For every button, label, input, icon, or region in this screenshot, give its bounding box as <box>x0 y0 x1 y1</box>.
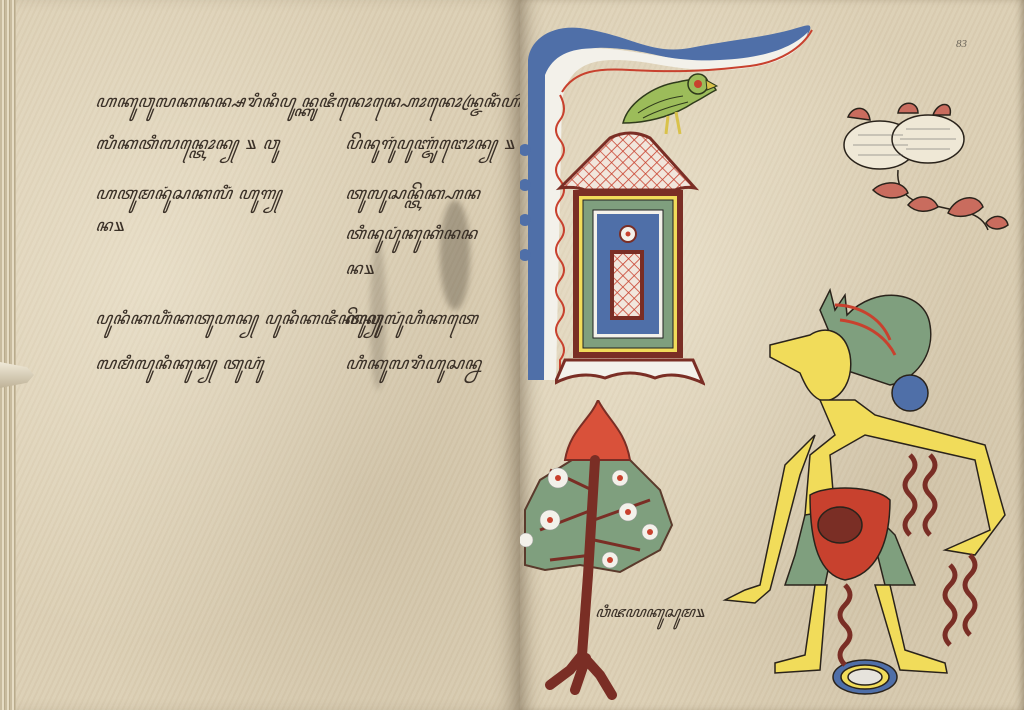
script-line: ꦭꦩꦶꦭꦸꦤꦶꦏꦸꦤ꧀ ꦠꦸꦲꦸꦁ <box>93 350 266 385</box>
script-line: ꦥꦸꦤꦶꦏꦲꦶꦁꦏꦠꦸꦲꦤ꧀ ꦥꦸꦤꦶꦏꦗꦶꦏꦼꦤ꧀ <box>93 305 385 340</box>
script-line: ꦲꦠꦸꦩꦤꦸꦁꦱꦏꦭꦶꦁ ꦲꦸꦒ꧀ <box>93 180 285 215</box>
clouds-with-vine-illustration <box>838 95 1013 240</box>
script-line: ꦠꦶꦤꦸꦥꦸꦁꦏꦸꦏꦶꦤꦤ <box>343 220 480 255</box>
script-line: ꦠꦸꦭꦸꦱꦤ꧀ꦠꦼꦏ꧀ꦲꦤ <box>343 180 483 215</box>
page-number: 83 <box>956 38 967 50</box>
script-line: ꦠꦸꦮꦸꦭꦸꦁꦲꦶꦏꦠꦺ <box>343 305 480 340</box>
script-line: ꦤ꧉ <box>343 255 377 290</box>
script-line: ꦲꦏꦸꦮꦸꦭꦏꦤꦤ꧀ꦱꦫꦶꦤꦶꦥꦸꦤ꧀ꦏꦸꦗꦶꦤꦺꦴꦤ꧀ꦲꦺꦴꦤꦺꦴꦤ꧀ꦗꦿꦤꦶ… <box>93 88 524 123</box>
script-line: ꦤ꧉ <box>93 212 127 247</box>
book-binding-edge <box>0 0 16 710</box>
left-page: ꦲꦏꦸꦮꦸꦭꦏꦤꦤ꧀ꦱꦫꦶꦤꦶꦥꦸꦤ꧀ꦏꦸꦗꦶꦤꦺꦴꦤ꧀ꦲꦺꦴꦤꦺꦴꦤ꧀ꦗꦿꦤꦶ… <box>0 0 520 710</box>
binding-tab <box>0 362 34 388</box>
ink-stain <box>440 200 470 310</box>
script-line: ꦲꦶꦏꦸꦭꦫꦶꦲꦸꦱꦤ꧀ꦤ <box>343 350 484 385</box>
wayang-figure-illustration <box>715 285 1020 700</box>
flowering-tree-illustration <box>520 400 680 700</box>
open-manuscript: ꦲꦏꦸꦮꦸꦭꦏꦤꦤ꧀ꦱꦫꦶꦤꦶꦥꦸꦤ꧀ꦏꦸꦗꦶꦤꦺꦴꦤ꧀ꦲꦺꦴꦤꦺꦴꦤ꧀ꦗꦿꦤꦶ… <box>0 0 1024 710</box>
script-line: ꦥꦼꦤꦸꦒꦸꦁꦥꦸꦚ꧀ꦗꦸꦁꦔꦺꦴꦤ꧀ ꧉ <box>343 130 518 165</box>
script-line: ꦭꦶꦏꦠꦶꦭꦤ꧀ꦠꦺꦴꦤ꧀ ꧉ ꦮꦸ <box>93 130 282 165</box>
pavilion-illustration <box>555 128 705 386</box>
tree-caption: ꦮꦶꦗꦪꦏꦸꦱꦸꦩ꧉ <box>593 600 707 631</box>
